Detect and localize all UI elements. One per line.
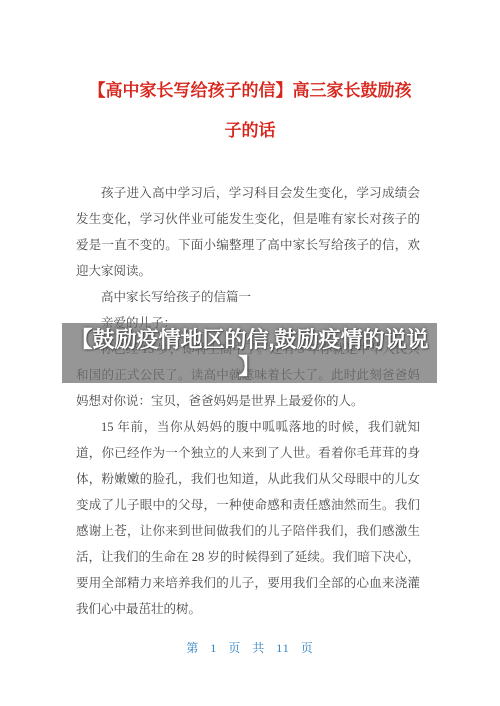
watermark-overlay-band: 【鼓励疫情地区的信,鼓励疫情的说说 】 bbox=[62, 323, 437, 383]
paragraph-section-heading: 高中家长写给孩子的信篇一 bbox=[76, 284, 420, 310]
page-title: 【高中家长写给孩子的信】高三家长鼓励孩 子的话 bbox=[55, 71, 445, 151]
paragraph-intro: 孩子进入高中学习后，学习科目会发生变化，学习成绩会发生变化，学习伙伴业可能发生变… bbox=[76, 180, 420, 284]
document-body: 孩子进入高中学习后，学习科目会发生变化，学习成绩会发生变化，学习伙伴业可能发生变… bbox=[76, 180, 420, 622]
watermark-overlay-text: 【鼓励疫情地区的信,鼓励疫情的说说 】 bbox=[70, 326, 428, 380]
page-number-indicator: 第 1 页 共 11 页 bbox=[0, 641, 500, 655]
paragraph-letter-2: 15 年前，当你从妈妈的腹中呱呱落地的时候，我们就知道，你已经作为一个独立的人来… bbox=[76, 414, 420, 622]
document-page: 【高中家长写给孩子的信】高三家长鼓励孩 子的话 孩子进入高中学习后，学习科目会发… bbox=[0, 0, 500, 706]
